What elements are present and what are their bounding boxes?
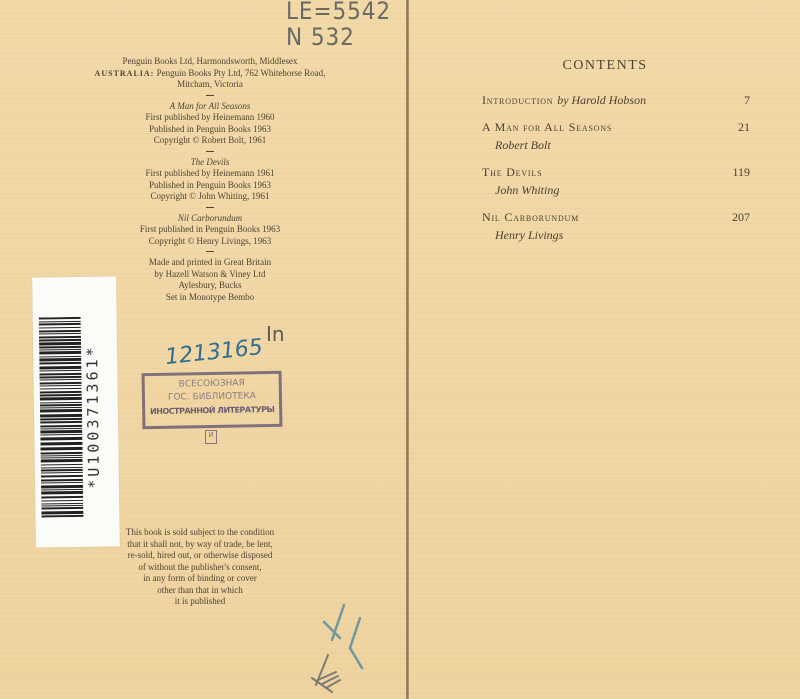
work-block-2: The Devils First published by Heinemann … xyxy=(60,157,360,203)
table-of-contents: Introduction by Harold Hobson 7 A Man fo… xyxy=(482,93,750,255)
shelfmark-line-1: LE=5542 xyxy=(286,0,391,24)
work-block-1: A Man for All Seasons First published by… xyxy=(60,101,360,147)
barcode-text: *U100371361* xyxy=(83,317,110,517)
rights-line: that it shall not, by way of trade, be l… xyxy=(100,539,300,551)
work-line: First published by Heinemann 1960 xyxy=(60,112,360,124)
rights-line: in any form of binding or cover xyxy=(100,573,300,585)
divider xyxy=(206,151,214,152)
divider xyxy=(206,251,214,252)
toc-title: Introduction by Harold Hobson xyxy=(482,93,750,108)
book-gutter xyxy=(406,0,409,699)
toc-title: A Man for All Seasons xyxy=(482,120,750,135)
toc-entry: Nil Carborundum 207 Henry Livings xyxy=(482,210,750,243)
toc-author: Robert Bolt xyxy=(495,138,750,153)
printer-line: Made and printed in Great Britain xyxy=(60,257,360,269)
work-line: Published in Penguin Books 1963 xyxy=(60,180,360,192)
toc-author: Henry Livings xyxy=(495,228,750,243)
colophon: Penguin Books Ltd, Harmondsworth, Middle… xyxy=(60,56,360,303)
shelfmark-line-2: N 532 xyxy=(286,24,391,50)
imprint-line-2: AUSTRALIA: Penguin Books Pty Ltd, 762 Wh… xyxy=(60,68,360,80)
australia-label: AUSTRALIA: xyxy=(95,69,155,78)
barcode-label: *U100371361* xyxy=(32,276,120,547)
handwritten-shelfmark: LE=5542 N 532 xyxy=(286,0,391,50)
toc-author: John Whiting xyxy=(495,183,750,198)
toc-title: Nil Carborundum xyxy=(482,210,750,225)
work-line: Copyright © Robert Bolt, 1961 xyxy=(60,135,360,147)
rights-line: This book is sold subject to the conditi… xyxy=(100,527,300,539)
toc-page-number: 119 xyxy=(732,165,750,180)
contents-heading: CONTENTS xyxy=(410,58,800,74)
rights-line: other than that in which xyxy=(100,585,300,597)
toc-title-text: Introduction xyxy=(482,93,553,107)
imprint-address: Penguin Books Pty Ltd, 762 Whitehorse Ro… xyxy=(157,68,326,78)
toc-page-number: 21 xyxy=(738,120,750,135)
work-title: The Devils xyxy=(60,157,360,169)
imprint-line-1: Penguin Books Ltd, Harmondsworth, Middle… xyxy=(60,56,360,68)
divider xyxy=(206,207,214,208)
rights-line: of without the publisher's consent, xyxy=(100,562,300,574)
work-line: First published by Heinemann 1961 xyxy=(60,168,360,180)
imprint-line-3: Mitcham, Victoria xyxy=(60,79,360,91)
work-line: Copyright © Henry Livings, 1963 xyxy=(60,236,360,248)
divider xyxy=(206,95,214,96)
handwritten-in-mark: In xyxy=(266,322,285,346)
handwritten-scribble-icon xyxy=(310,600,390,695)
work-block-3: Nil Carborundum First published in Pengu… xyxy=(60,213,360,248)
toc-entry: Introduction by Harold Hobson 7 xyxy=(482,93,750,108)
toc-page-number: 207 xyxy=(732,210,750,225)
barcode-icon xyxy=(39,317,84,518)
rights-line: it is published xyxy=(100,596,300,608)
work-line: First published in Penguin Books 1963 xyxy=(60,224,360,236)
work-title: A Man for All Seasons xyxy=(60,101,360,113)
toc-page-number: 7 xyxy=(744,93,750,108)
work-title: Nil Carborundum xyxy=(60,213,360,225)
toc-title: The Devils xyxy=(482,165,750,180)
work-line: Published in Penguin Books 1963 xyxy=(60,124,360,136)
work-line: Copyright © John Whiting, 1961 xyxy=(60,191,360,203)
toc-entry: A Man for All Seasons 21 Robert Bolt xyxy=(482,120,750,153)
rights-notice: This book is sold subject to the conditi… xyxy=(100,527,300,608)
toc-entry: The Devils 119 John Whiting xyxy=(482,165,750,198)
stamp-line-3: ИНОСТРАННОЙ ЛИТЕРАТУРЫ xyxy=(145,403,279,418)
library-stamp: ВСЕСОЮЗНАЯ ГОС. БИБЛИОТЕКА ИНОСТРАННОЙ Л… xyxy=(142,371,283,429)
stamp-mark: И xyxy=(205,430,217,444)
rights-line: re-sold, hired out, or otherwise dispose… xyxy=(100,550,300,562)
toc-byline: by Harold Hobson xyxy=(557,93,646,107)
